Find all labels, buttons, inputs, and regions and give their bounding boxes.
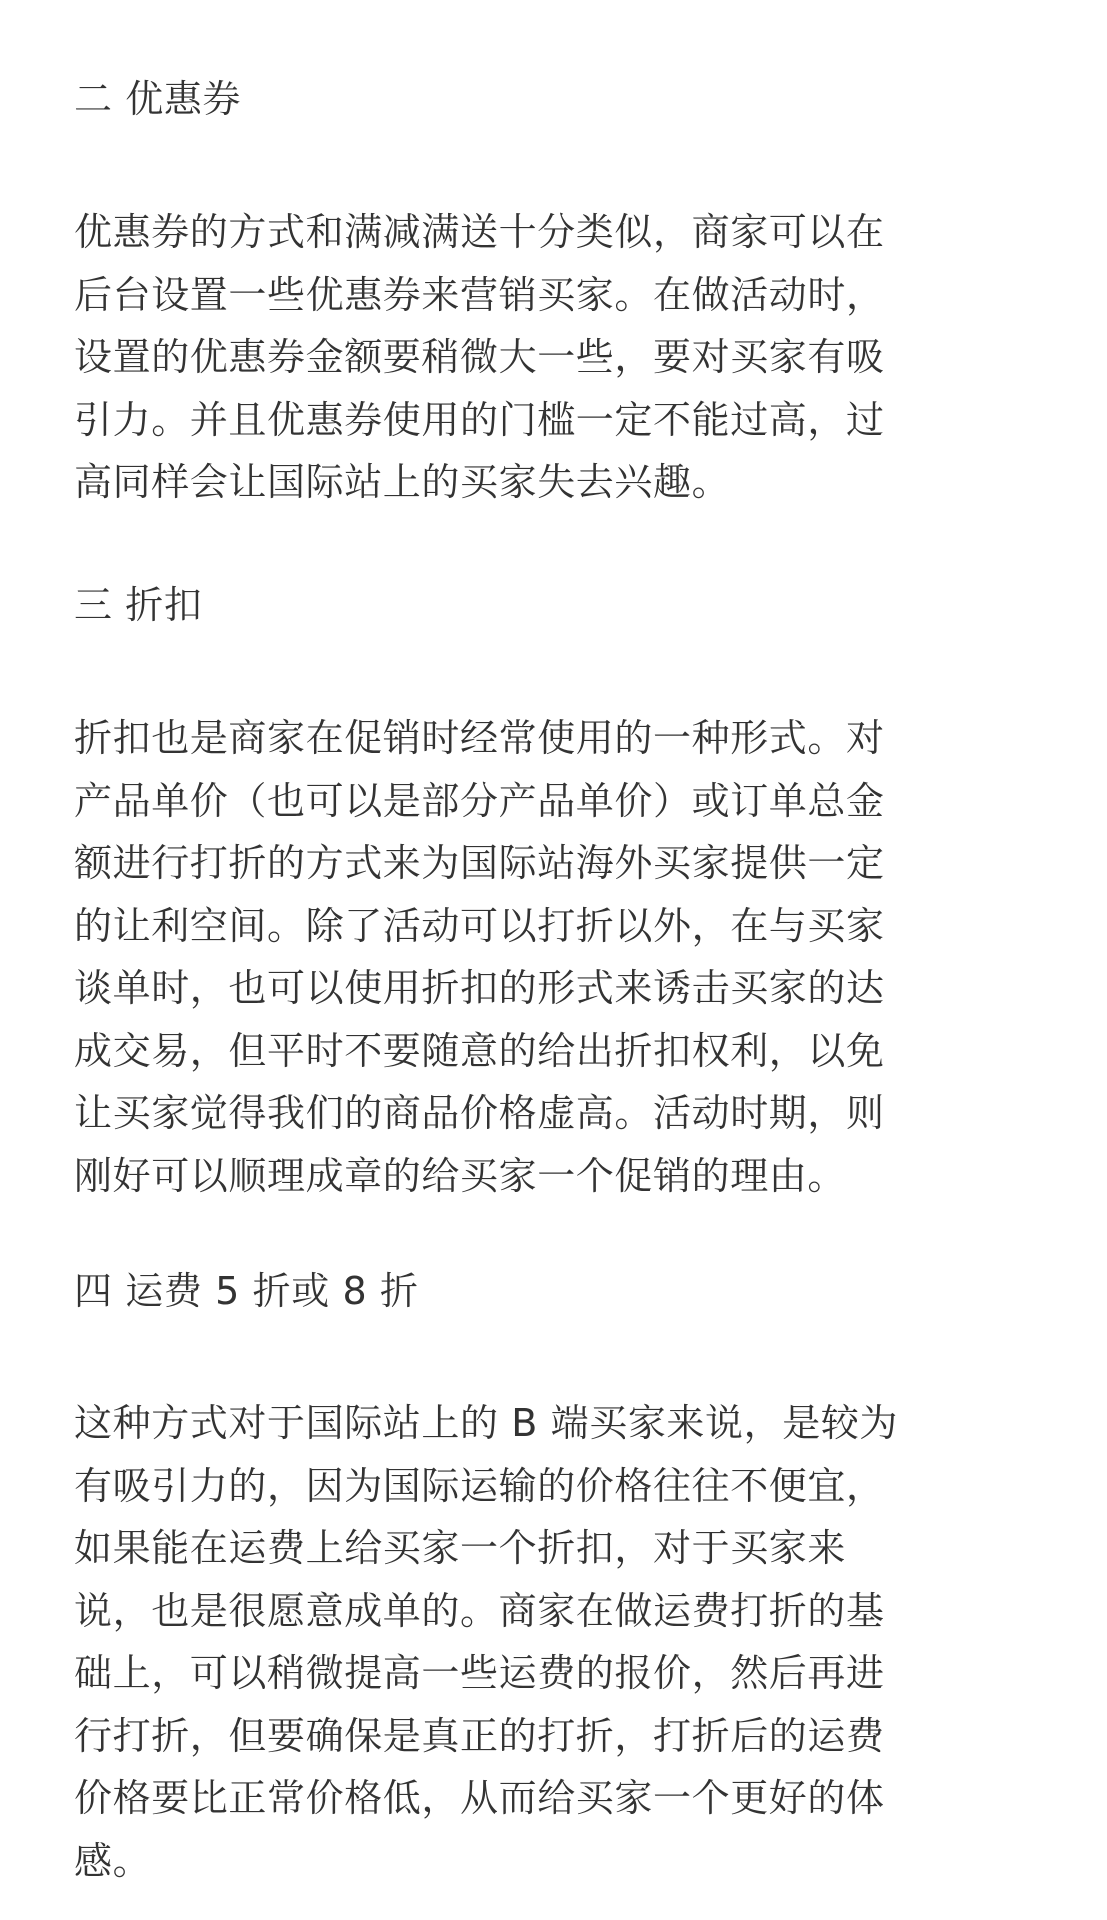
- paragraph-line: 后台设置一些优惠券来营销买家。在做活动时，: [74, 270, 885, 320]
- paragraph-line: 设置的优惠券金额要稍微大一些，要对买家有吸: [74, 332, 885, 382]
- paragraph-line: 的让利空间。除了活动可以打折以外，在与买家: [74, 901, 885, 951]
- paragraph-line: 谈单时，也可以使用折扣的形式来诱击买家的达: [74, 963, 885, 1013]
- paragraph-line: 刚好可以顺理成章的给买家一个促销的理由。: [74, 1151, 846, 1201]
- paragraph-line: 引力。并且优惠券使用的门槛一定不能过高，过: [74, 395, 885, 445]
- paragraph-line: 额进行打折的方式来为国际站海外买家提供一定: [74, 838, 885, 888]
- paragraph-line: 产品单价（也可以是部分产品单价）或订单总金: [74, 776, 885, 826]
- section-heading: 三 折扣: [74, 580, 202, 630]
- paragraph-line: 说，也是很愿意成单的。商家在做运费打折的基: [74, 1586, 885, 1636]
- paragraph-line: 价格要比正常价格低，从而给买家一个更好的体: [74, 1773, 885, 1823]
- paragraph-line: 成交易，但平时不要随意的给出折扣权利，以免: [74, 1026, 885, 1076]
- paragraph-line: 如果能在运费上给买家一个折扣，对于买家来: [74, 1523, 846, 1573]
- section-heading: 二 优惠券: [74, 74, 241, 124]
- paragraph-line: 让买家觉得我们的商品价格虚高。活动时期，则: [74, 1088, 885, 1138]
- section-heading: 四 运费 5 折或 8 折: [74, 1266, 419, 1316]
- paragraph-line: 这种方式对于国际站上的 B 端买家来说，是较为: [74, 1398, 898, 1448]
- paragraph-line: 折扣也是商家在促销时经常使用的一种形式。对: [74, 713, 885, 763]
- paragraph-line: 行打折，但要确保是真正的打折，打折后的运费: [74, 1711, 885, 1761]
- paragraph-line: 高同样会让国际站上的买家失去兴趣。: [74, 457, 730, 507]
- paragraph-line: 优惠券的方式和满减满送十分类似，商家可以在: [74, 207, 885, 257]
- paragraph-line: 感。: [74, 1836, 151, 1886]
- paragraph-line: 础上，可以稍微提高一些运费的报价，然后再进: [74, 1648, 885, 1698]
- paragraph-line: 有吸引力的，因为国际运输的价格往往不便宜，: [74, 1461, 885, 1511]
